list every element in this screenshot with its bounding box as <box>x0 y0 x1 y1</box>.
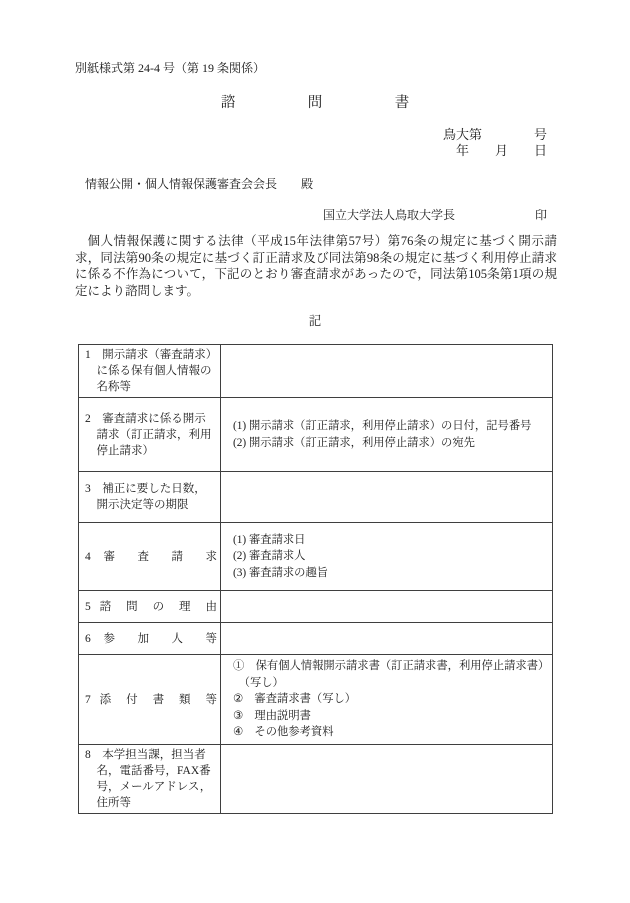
ki-heading: 記 <box>0 313 630 329</box>
row-1-content <box>221 345 553 398</box>
document-page: 別紙様式第 24-4 号（第 19 条関係） 諮 問 書 鳥大第 号 年 月 日… <box>0 0 630 903</box>
row-2-label: 2 審査請求に係る開示 請求（訂正請求，利用 停止請求） <box>79 398 221 472</box>
table-row: 5 諮 問 の 理 由 <box>79 591 553 623</box>
row-4-content: (1) 審査請求日 (2) 審査請求人 (3) 審査請求の趣旨 <box>221 523 553 591</box>
table-row: 2 審査請求に係る開示 請求（訂正請求，利用 停止請求） (1) 開示請求（訂正… <box>79 398 553 472</box>
row-3-content <box>221 472 553 523</box>
row-8-content <box>221 745 553 814</box>
table-row: 7 添 付 書 類 等 ① 保有個人情報開示請求書（訂正請求書，利用停止請求書）… <box>79 655 553 745</box>
form-table: 1 開示請求（審査請求） に係る保有個人情報の 名称等 2 審査請求に係る開示 … <box>78 344 553 814</box>
row-5-label: 5 諮 問 の 理 由 <box>79 591 221 623</box>
form-number: 別紙様式第 24-4 号（第 19 条関係） <box>75 60 265 76</box>
row-3-label: 3 補正に要した日数， 開示決定等の期限 <box>79 472 221 523</box>
seal-mark: 印 <box>535 207 547 223</box>
table-row: 3 補正に要した日数， 開示決定等の期限 <box>79 472 553 523</box>
row-6-content <box>221 623 553 655</box>
table-row: 8 本学担当課，担当者 名，電話番号，FAX番 号，メールアドレス， 住所等 <box>79 745 553 814</box>
issuer-line: 国立大学法人鳥取大学長 印 <box>323 207 547 223</box>
document-number-block: 鳥大第 号 年 月 日 <box>443 127 547 159</box>
row-4-label: 4 審 査 請 求 <box>79 523 221 591</box>
date-line: 年 月 日 <box>443 143 547 159</box>
body-paragraph: 個人情報保護に関する法律（平成15年法律第57号）第76条の規定に基づく開示請求… <box>75 233 557 299</box>
row-7-label: 7 添 付 書 類 等 <box>79 655 221 745</box>
row-2-content: (1) 開示請求（訂正請求，利用停止請求）の日付，記号番号 (2) 開示請求（訂… <box>221 398 553 472</box>
issuer-name: 国立大学法人鳥取大学長 <box>323 207 455 223</box>
row-5-content <box>221 591 553 623</box>
table-row: 4 審 査 請 求 (1) 審査請求日 (2) 審査請求人 (3) 審査請求の趣… <box>79 523 553 591</box>
row-7-content: ① 保有個人情報開示請求書（訂正請求書，利用停止請求書） （写し） ② 審査請求… <box>221 655 553 745</box>
document-number-line: 鳥大第 号 <box>443 127 547 143</box>
row-8-label: 8 本学担当課，担当者 名，電話番号，FAX番 号，メールアドレス， 住所等 <box>79 745 221 814</box>
document-title: 諮 問 書 <box>0 94 630 112</box>
addressee-line: 情報公開・個人情報保護審査会会長 殿 <box>85 176 313 192</box>
table-row: 1 開示請求（審査請求） に係る保有個人情報の 名称等 <box>79 345 553 398</box>
row-6-label: 6 参 加 人 等 <box>79 623 221 655</box>
table-row: 6 参 加 人 等 <box>79 623 553 655</box>
row-1-label: 1 開示請求（審査請求） に係る保有個人情報の 名称等 <box>79 345 221 398</box>
